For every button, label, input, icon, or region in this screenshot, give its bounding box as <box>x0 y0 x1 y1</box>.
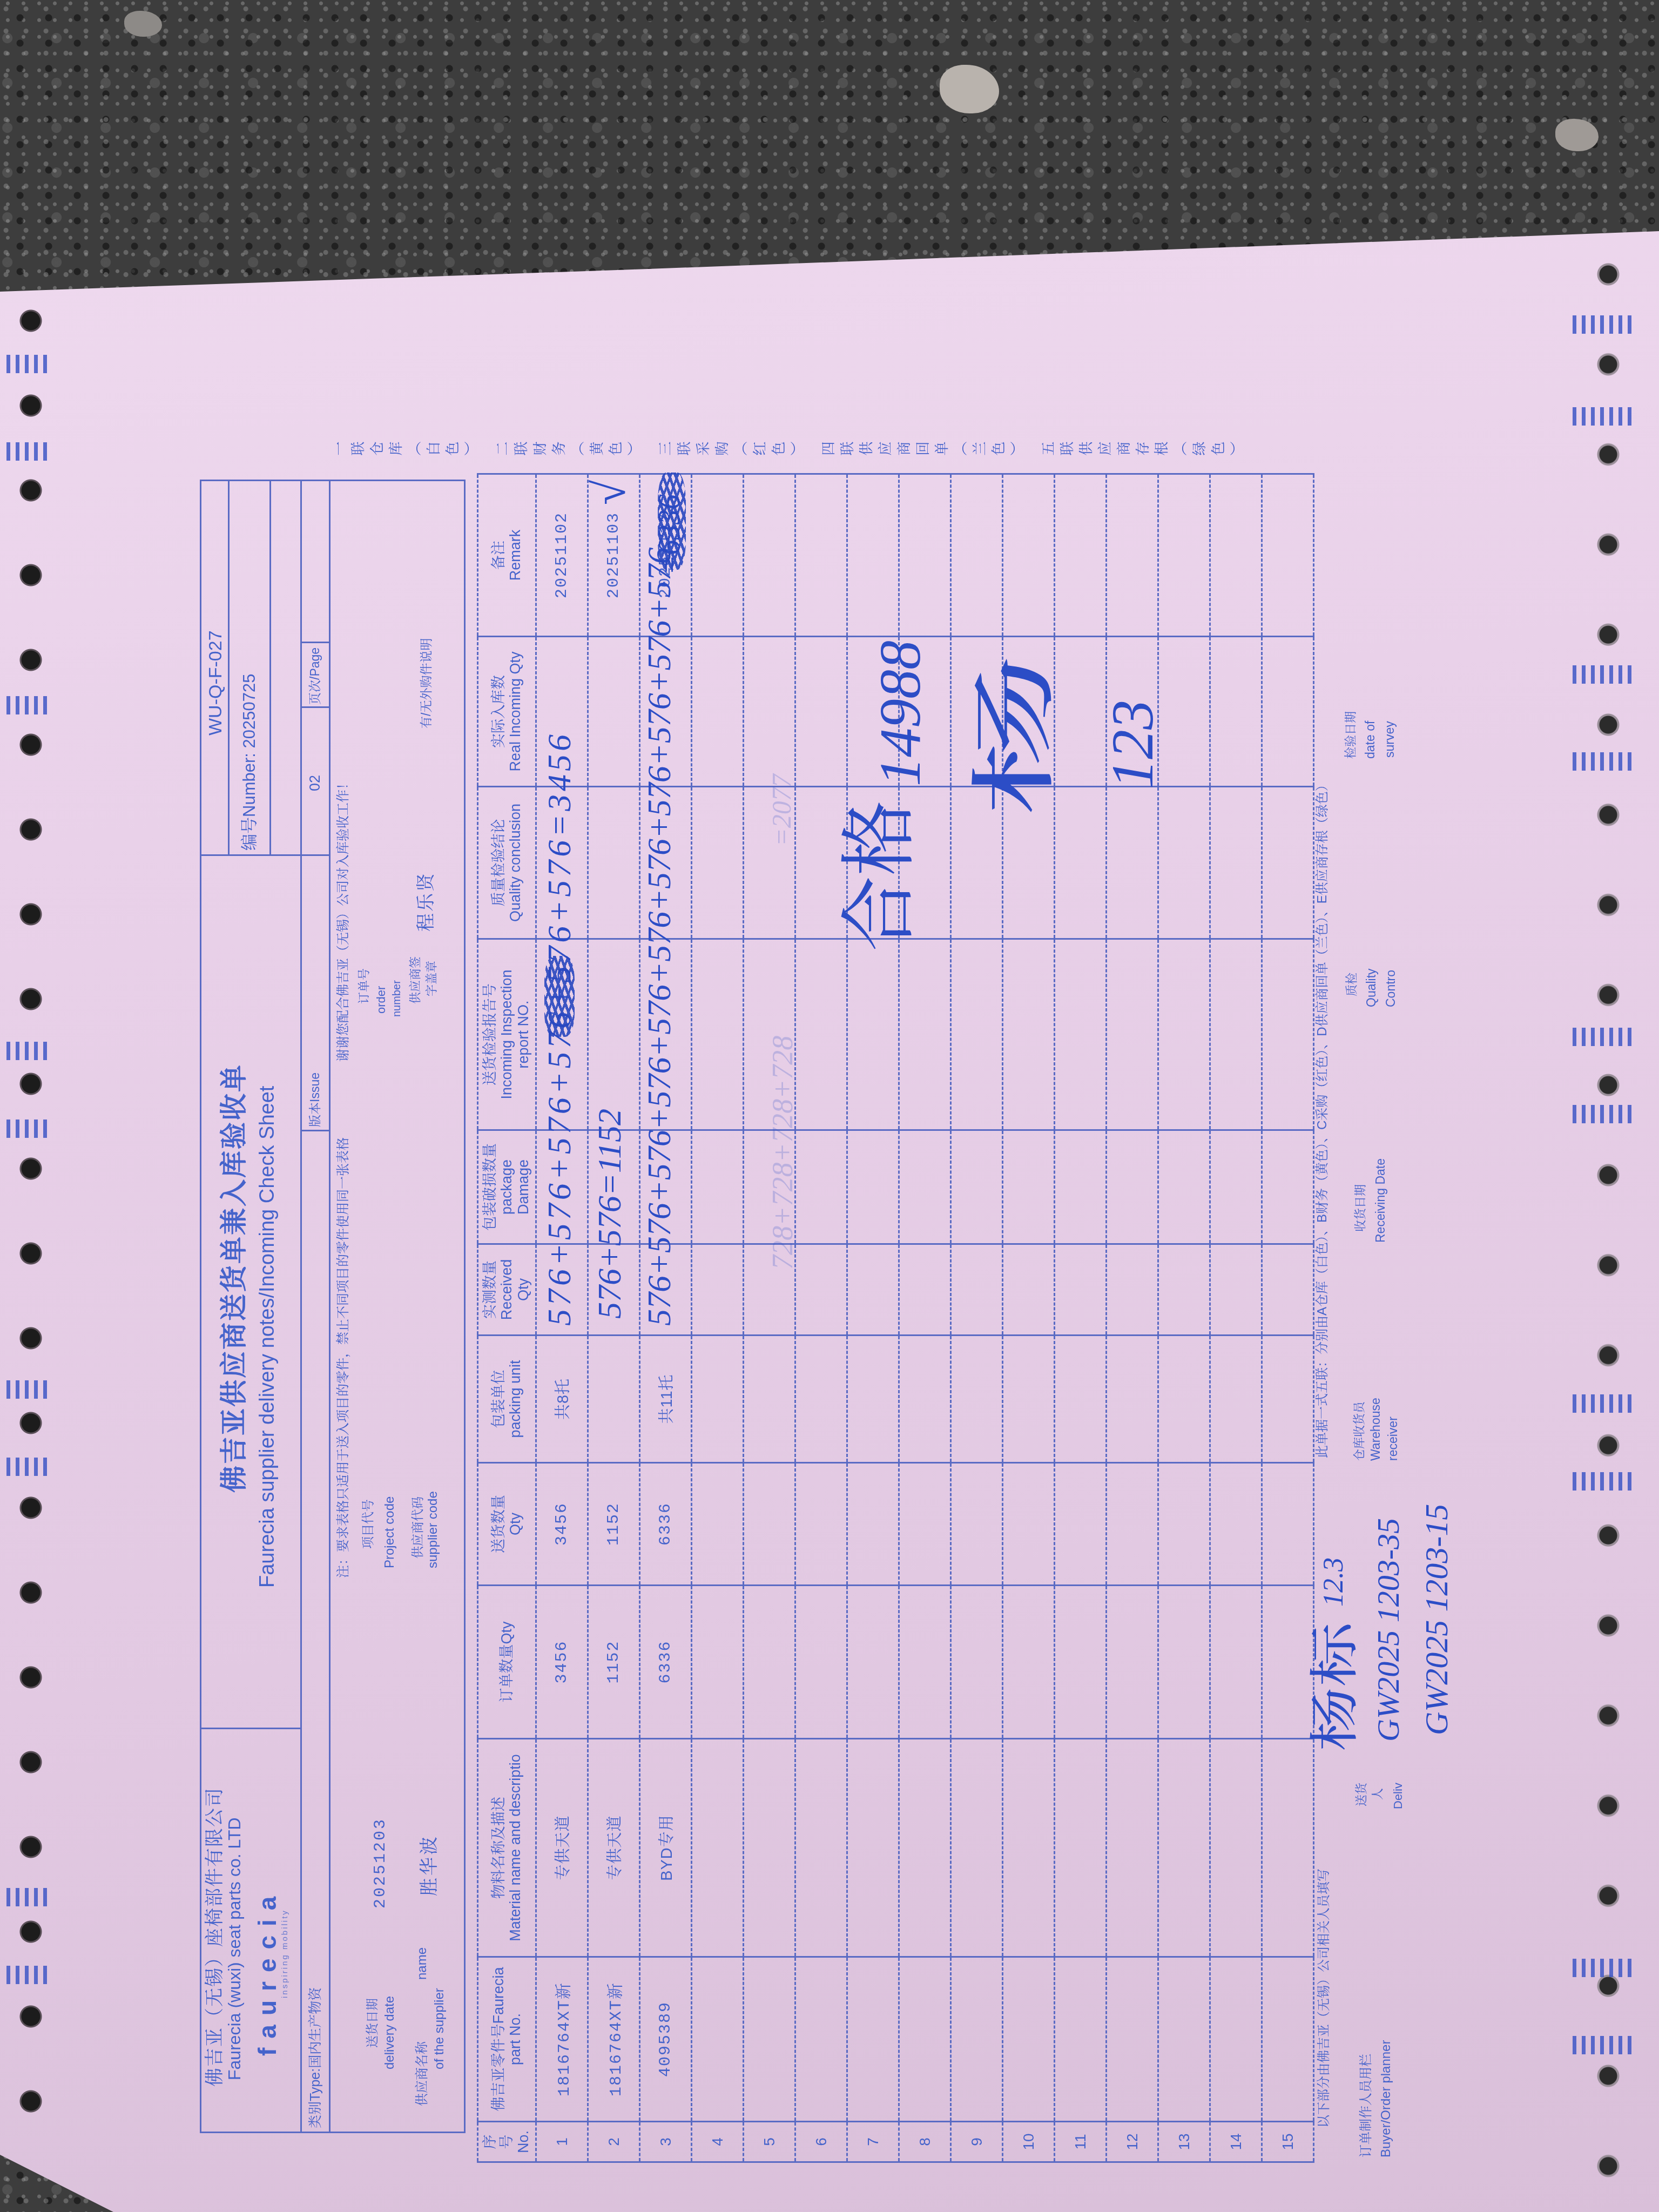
cell-delivery-qty: 6336 <box>640 1463 692 1586</box>
buyer-label-cn: 订单制作人员用栏 <box>1360 2054 1373 2157</box>
header-line: 订单数量Qty <box>498 1586 515 1738</box>
cell-packing-unit <box>692 1336 744 1463</box>
cell-package-damage <box>795 1130 847 1244</box>
quality-control-label-en: Quality <box>1365 968 1378 1007</box>
column-header-order-qty: 订单数量Qty <box>478 1586 536 1739</box>
header-line: Remark <box>507 475 524 636</box>
delivery-date-label-en: delivery date <box>383 1996 396 2069</box>
delivery-reference-2: GW2025 1203-15 <box>1420 1504 1453 1735</box>
header-line: 备注 <box>490 475 507 636</box>
cell-real-incoming-qty <box>1158 637 1210 787</box>
cell-no: 7 <box>847 2122 899 2162</box>
header-line: 送货检验报告号 <box>482 940 498 1129</box>
supplier-code-label-cn: 供应商代码 <box>412 1496 424 1559</box>
cell-order-qty <box>692 1586 744 1739</box>
cell-delivery-qty: 1152 <box>588 1463 640 1586</box>
company-name-en: Faurecia (wuxi) seat parts co. LTD <box>226 1817 243 2080</box>
cell-remark <box>795 474 847 637</box>
header-line: report NO. <box>515 940 532 1129</box>
cell-remark: 20251102 <box>536 474 588 637</box>
cell-quality-conclusion <box>588 787 640 939</box>
header-line: Real Incoming Qty <box>507 637 524 786</box>
cell-packing-unit <box>1003 1336 1055 1463</box>
header-divider <box>301 642 330 643</box>
cell-material <box>1055 1739 1107 1957</box>
cell-order-qty <box>1158 1586 1210 1739</box>
receiving-date-label-cn: 收货日期 <box>1354 1184 1366 1232</box>
form-code: WU-Q-F-027 <box>206 630 225 736</box>
cell-package-damage <box>1262 1130 1314 1244</box>
cell-packing-unit <box>795 1336 847 1463</box>
company-logo-tagline: inspiring mobility <box>281 1909 289 1998</box>
cell-no: 12 <box>1107 2122 1158 2162</box>
perforation-mark <box>1573 752 1632 771</box>
deliverer-label-cn-2: 人 <box>1372 1788 1384 1800</box>
cell-delivery-qty: 3456 <box>536 1463 588 1586</box>
delivery-reference-1: GW2025 1203-35 <box>1373 1518 1404 1742</box>
header-divider <box>329 480 331 2133</box>
header-line: part No. <box>507 1958 524 2121</box>
cell-inspection-report <box>795 939 847 1130</box>
cell-real-incoming-qty <box>1262 637 1314 787</box>
perforation-mark <box>6 696 52 714</box>
cell-delivery-qty <box>795 1463 847 1586</box>
perforation-mark <box>6 1120 52 1138</box>
cell-no: 14 <box>1210 2122 1262 2162</box>
order-number-label-cn: 订单号 <box>358 968 370 1004</box>
cell-delivery-qty <box>847 1463 899 1586</box>
form-note: 注：要求表格只适用于送入项目的零件，禁止不同项目的零件使用同一张表格 <box>337 1137 350 1578</box>
delivery-note-form: 佛吉亚（无锡）座椅部件有限公司 Faurecia (wuxi) seat par… <box>194 435 1491 2163</box>
cell-real-incoming-qty <box>588 637 640 787</box>
column-header-material: 物料名称及描述Material name and descriptio <box>478 1739 536 1957</box>
warehouse-receiver-label-cn: 仓库收货员 <box>1353 1401 1365 1461</box>
column-header-inspection-report: 送货检验报告号Incoming Inspectionreport NO. <box>478 939 536 1130</box>
tractor-feed-holes-right <box>1595 230 1621 2212</box>
delivery-date-value: 20251203 <box>373 1818 389 1908</box>
cell-remark <box>847 474 899 637</box>
cell-inspection-report <box>588 939 640 1130</box>
cell-part-no <box>1158 1957 1210 2122</box>
cell-remark <box>951 474 1003 637</box>
header-line: 号 <box>498 2122 515 2161</box>
supplier-signature-value: 程乐贤 <box>417 872 435 932</box>
cell-order-qty <box>1055 1586 1107 1739</box>
cell-no: 11 <box>1055 2122 1107 2162</box>
cell-real-incoming-qty <box>744 637 795 787</box>
cell-material <box>1003 1739 1055 1957</box>
document-number-value: 20250725 <box>240 674 259 748</box>
cell-part-no: 1816764XT新 <box>536 1957 588 2122</box>
cell-order-qty <box>1003 1586 1055 1739</box>
handwritten-row2-calculation: 576+576=1152 <box>593 1109 626 1319</box>
handwritten-row3-calculation: 576+576+576+576+576+576+576+576+576+576+… <box>643 548 676 1326</box>
cell-packing-unit <box>951 1336 1003 1463</box>
supplier-code-label-en: supplier code <box>427 1491 440 1568</box>
header-line: Incoming Inspection <box>498 940 515 1129</box>
cell-part-no <box>1262 1957 1314 2122</box>
header-line: Quality conclusion <box>507 787 524 938</box>
survey-date-label-cn: 检验日期 <box>1345 711 1357 759</box>
cell-packing-unit <box>899 1336 951 1463</box>
cell-material <box>899 1739 951 1957</box>
cell-order-qty <box>899 1586 951 1739</box>
footer-copies-note: 此单据一式五联：分别由A仓库（白色）、B财务（黄色）、C采购（红色）、D供应商回… <box>1316 778 1329 1458</box>
footer-internal-note: 以下部分由佛吉亚（无锡）公司相关人员填写 <box>1318 1869 1331 2128</box>
cell-quality-conclusion <box>1262 787 1314 939</box>
perforation-mark <box>6 1458 52 1476</box>
cell-package-damage <box>692 1130 744 1244</box>
cell-inspection-report <box>1003 939 1055 1130</box>
deliverer-label-en: Deliv <box>1392 1783 1404 1809</box>
column-header-delivery-qty: 送货数量Qty <box>478 1463 536 1586</box>
perforation-mark <box>1573 1959 1632 1977</box>
cell-part-no <box>1003 1957 1055 2122</box>
header-line: Qty <box>507 1464 524 1584</box>
cell-quality-conclusion <box>692 787 744 939</box>
cell-packing-unit <box>1262 1336 1314 1463</box>
crossed-out-scribble <box>544 956 575 1037</box>
cell-packing-unit <box>847 1336 899 1463</box>
cell-order-qty <box>951 1586 1003 1739</box>
cell-no: 5 <box>744 2122 795 2162</box>
cell-part-no: 4095389 <box>640 1957 692 2122</box>
table-row: 15 <box>1262 474 1314 2162</box>
supplier-name-label-en: name <box>416 1947 429 1980</box>
header-line: 质量检验结论 <box>490 787 507 938</box>
cell-quality-conclusion <box>1210 787 1262 939</box>
header-line: No. <box>515 2122 532 2161</box>
perforation-mark <box>6 1380 52 1399</box>
cell-packing-unit: 共11托 <box>640 1336 692 1463</box>
copies-distribution-margin: 一联仓库（白色） 二联财务（黄色） 三联采购（红色） 四联供应商回单（兰色） 五… <box>332 442 1249 456</box>
table-row: 13 <box>1158 474 1210 2162</box>
cell-package-damage <box>951 1130 1003 1244</box>
cell-material <box>692 1739 744 1957</box>
cell-packing-unit <box>588 1336 640 1463</box>
supplier-name-label-cn: 供应商名称 <box>416 2041 429 2106</box>
supplier-signature-label: 供应商签 <box>409 956 421 1004</box>
cell-no: 8 <box>899 2122 951 2162</box>
cell-package-damage <box>847 1130 899 1244</box>
cell-delivery-qty <box>1158 1463 1210 1586</box>
cell-order-qty <box>1210 1586 1262 1739</box>
handwritten-real-incoming-total: 14988 <box>872 640 930 786</box>
cell-delivery-qty <box>899 1463 951 1586</box>
supplier-name-label-en-2: of the supplier <box>433 1988 446 2069</box>
cell-package-damage <box>1210 1130 1262 1244</box>
cell-package-damage <box>1158 1130 1210 1244</box>
handwritten-mark: 123 <box>1103 700 1162 789</box>
cell-delivery-qty <box>692 1463 744 1586</box>
document-number-label: 编号Number: <box>240 753 259 851</box>
cell-order-qty: 1152 <box>588 1586 640 1739</box>
cell-real-incoming-qty <box>692 637 744 787</box>
perforation-mark <box>1573 315 1632 334</box>
material-type: 类别Type:国内生产物资 <box>309 1987 322 2128</box>
cell-material <box>1262 1739 1314 1957</box>
cell-packing-unit <box>744 1336 795 1463</box>
cell-remark <box>692 474 744 637</box>
cell-received-qty <box>1107 1244 1158 1336</box>
supplier-name-value: 胜华波 <box>420 1835 439 1896</box>
check-mark-icon: √ <box>588 480 633 505</box>
purchased-parts-note: 有/无外购件说明 <box>420 638 433 729</box>
page-title-cn: 佛吉亚供应商送货单兼入库验收单 <box>220 1063 247 1493</box>
cell-inspection-report <box>1210 939 1262 1130</box>
cell-packing-unit <box>1055 1336 1107 1463</box>
cell-received-qty <box>795 1244 847 1336</box>
deliverer-signature: 杨标 <box>1310 1622 1360 1751</box>
cell-no: 1 <box>536 2122 588 2162</box>
perforation-mark <box>6 1042 52 1060</box>
cell-delivery-qty <box>1055 1463 1107 1586</box>
perforation-mark <box>6 355 52 373</box>
cell-inspection-report <box>1055 939 1107 1130</box>
cell-received-qty <box>1055 1244 1107 1336</box>
cell-remark <box>1107 474 1158 637</box>
cell-order-qty <box>744 1586 795 1739</box>
perforation-mark <box>6 442 52 461</box>
cell-order-qty <box>1107 1586 1158 1739</box>
cell-package-damage <box>1107 1130 1158 1244</box>
cell-packing-unit: 共8托 <box>536 1336 588 1463</box>
cell-material: 专供天道 <box>536 1739 588 1957</box>
deliverer-date: 12.3 <box>1320 1557 1348 1607</box>
perforation-mark <box>1573 1028 1632 1046</box>
header-divider <box>269 480 271 856</box>
cell-inspection-report <box>899 939 951 1130</box>
cell-no: 13 <box>1158 2122 1210 2162</box>
perforation-mark <box>1573 2036 1632 2054</box>
header-line: 序 <box>482 2122 498 2161</box>
cell-part-no <box>692 1957 744 2122</box>
cell-order-qty <box>795 1586 847 1739</box>
receiving-date-label-en: Receiving Date <box>1374 1158 1387 1243</box>
cell-remark <box>1003 474 1055 637</box>
cell-delivery-qty <box>951 1463 1003 1586</box>
cell-delivery-qty <box>1003 1463 1055 1586</box>
survey-date-label-en-2: survey <box>1384 721 1396 758</box>
column-header-quality-conclusion: 质量检验结论Quality conclusion <box>478 787 536 939</box>
cell-remark <box>1262 474 1314 637</box>
cell-packing-unit <box>1158 1336 1210 1463</box>
cell-package-damage <box>1055 1130 1107 1244</box>
deliverer-label-cn: 送货 <box>1355 1783 1367 1806</box>
cell-material <box>951 1739 1003 1957</box>
table-row: 14 <box>1210 474 1262 2162</box>
cell-no: 15 <box>1262 2122 1314 2162</box>
cell-received-qty <box>899 1244 951 1336</box>
cell-inspection-report <box>847 939 899 1130</box>
table-row: 5 <box>744 474 795 2162</box>
header-divider <box>301 1130 330 1131</box>
cell-part-no <box>744 1957 795 2122</box>
inspector-signature: 杨 <box>972 652 1058 817</box>
cell-material <box>1210 1739 1262 1957</box>
cell-no: 2 <box>588 2122 640 2162</box>
cell-real-incoming-qty <box>1210 637 1262 787</box>
header-line: Damage <box>515 1131 532 1243</box>
cell-no: 4 <box>692 2122 744 2162</box>
page-title-en: Faurecia supplier delivery notes/Incomin… <box>257 1086 278 1588</box>
header-divider <box>301 706 330 708</box>
header-divider <box>228 480 230 856</box>
cell-inspection-report <box>951 939 1003 1130</box>
issue-value: 02 <box>308 775 322 791</box>
header-line: Qty <box>515 1245 532 1334</box>
header-line: 实际入库数 <box>490 637 507 786</box>
perforation-mark <box>6 1888 52 1906</box>
cell-part-no <box>1210 1957 1262 2122</box>
cell-no: 9 <box>951 2122 1003 2162</box>
supplier-signature-label-2: 字盖章 <box>426 961 437 996</box>
cell-received-qty <box>847 1244 899 1336</box>
cell-remark <box>899 474 951 637</box>
cell-material <box>744 1739 795 1957</box>
cell-part-no <box>951 1957 1003 2122</box>
perforation-mark <box>1573 665 1632 684</box>
header-line: 包装破损数量 <box>482 1131 498 1243</box>
cell-received-qty <box>1210 1244 1262 1336</box>
tractor-feed-holes-left <box>18 279 44 2144</box>
cell-part-no <box>1055 1957 1107 2122</box>
header-line: 物料名称及描述 <box>490 1739 507 1956</box>
cell-order-qty <box>1262 1586 1314 1739</box>
header-line: package <box>498 1131 515 1243</box>
header-divider <box>200 854 330 856</box>
cell-material <box>1107 1739 1158 1957</box>
cell-remark <box>1055 474 1107 637</box>
column-header-real-incoming-qty: 实际入库数Real Incoming Qty <box>478 637 536 787</box>
cell-order-qty <box>847 1586 899 1739</box>
header-line: Material name and descriptio <box>507 1739 524 1956</box>
cell-received-qty <box>951 1244 1003 1336</box>
warehouse-receiver-label-en-2: receiver <box>1387 1417 1399 1461</box>
document-number: 编号Number: 20250725 <box>241 674 258 851</box>
column-header-package-damage: 包装破损数量packageDamage <box>478 1130 536 1244</box>
cell-remark <box>1158 474 1210 637</box>
cell-inspection-report <box>692 939 744 1130</box>
cell-package-damage <box>899 1130 951 1244</box>
header-line: 送货数量 <box>490 1464 507 1584</box>
cell-material <box>1158 1739 1210 1957</box>
table-header-row: 序号No. 佛吉亚零件号Faureciapart No. 物料名称及描述Mate… <box>478 474 536 2162</box>
column-header-part-no: 佛吉亚零件号Faureciapart No. <box>478 1957 536 2122</box>
cell-order-qty: 3456 <box>536 1586 588 1739</box>
cell-delivery-qty <box>1262 1463 1314 1586</box>
cell-inspection-report <box>1262 939 1314 1130</box>
cell-no: 6 <box>795 2122 847 2162</box>
cell-material <box>795 1739 847 1957</box>
cell-delivery-qty <box>1107 1463 1158 1586</box>
cell-package-damage <box>1003 1130 1055 1244</box>
header-line: 实测数量 <box>482 1245 498 1334</box>
crossed-out-scribble <box>658 473 686 570</box>
cell-quality-conclusion <box>1107 787 1158 939</box>
header-divider <box>300 480 302 2133</box>
cell-remark <box>1210 474 1262 637</box>
cell-delivery-qty <box>744 1463 795 1586</box>
cell-order-qty: 6336 <box>640 1586 692 1739</box>
perforation-mark <box>1573 407 1632 426</box>
column-header-remark: 备注Remark <box>478 474 536 637</box>
company-logo: faurecia <box>255 1887 280 2056</box>
cell-part-no: 1816764XT新 <box>588 1957 640 2122</box>
table-row: 4 <box>692 474 744 2162</box>
cell-delivery-qty <box>1210 1463 1262 1586</box>
cell-quality-conclusion <box>1158 787 1210 939</box>
column-header-received-qty: 实测数量ReceivedQty <box>478 1244 536 1336</box>
survey-date-label-en: date of <box>1364 721 1377 759</box>
table-row: 6 <box>795 474 847 2162</box>
delivery-date-label-cn: 送货日期 <box>366 1998 379 2048</box>
bleed-through-result: =2077 <box>768 774 795 846</box>
perforation-mark <box>1573 1472 1632 1491</box>
cell-material: 专供天道 <box>588 1739 640 1957</box>
header-line: Received <box>498 1245 515 1334</box>
company-name-cn: 佛吉亚（无锡）座椅部件有限公司 <box>205 1787 224 2087</box>
cell-part-no <box>899 1957 951 2122</box>
cell-inspection-report <box>1158 939 1210 1130</box>
cell-part-no <box>1107 1957 1158 2122</box>
issue-label: 版本Issue <box>309 1073 321 1127</box>
order-number-label-en: order <box>375 986 387 1014</box>
form-thanks: 谢谢您配合佛吉亚（无锡）公司对入库验收工作！ <box>337 777 350 1062</box>
cell-part-no <box>847 1957 899 2122</box>
cell-inspection-report <box>1107 939 1158 1130</box>
cell-received-qty <box>1158 1244 1210 1336</box>
header-line: 包装单位 <box>490 1336 507 1462</box>
cell-material: BYD专用 <box>640 1739 692 1957</box>
page-label: 页次/Page <box>309 648 321 705</box>
cell-real-incoming-qty <box>795 637 847 787</box>
perforation-mark <box>1573 1105 1632 1123</box>
perforation-mark <box>6 1966 52 1984</box>
header-divider <box>200 1728 301 1729</box>
cell-no: 10 <box>1003 2122 1055 2162</box>
cell-packing-unit <box>1107 1336 1158 1463</box>
header-line: 佛吉亚零件号Faurecia <box>490 1958 507 2121</box>
quality-control-label-en-2: Contro <box>1385 970 1397 1007</box>
cell-received-qty <box>1003 1244 1055 1336</box>
cell-packing-unit <box>1210 1336 1262 1463</box>
quality-control-label-cn: 质检 <box>1346 973 1358 996</box>
bleed-through-calculation: 728+728+728+728 <box>768 1036 797 1270</box>
order-number-label-en-2: number <box>392 980 402 1017</box>
cell-part-no <box>795 1957 847 2122</box>
cell-received-qty <box>1262 1244 1314 1336</box>
warehouse-receiver-label-en: Warehouse <box>1370 1398 1382 1461</box>
column-header-packing-unit: 包装单位packing unit <box>478 1336 536 1463</box>
cell-material <box>847 1739 899 1957</box>
project-code-label-en: Project code <box>383 1496 396 1568</box>
project-code-label-cn: 项目代号 <box>362 1499 374 1549</box>
column-header-no: 序号No. <box>478 2122 536 2162</box>
header-line: packing unit <box>507 1336 524 1462</box>
buyer-label-en: Buyer/Order planner <box>1380 2040 1393 2157</box>
cell-received-qty <box>692 1244 744 1336</box>
handwritten-quality-result: 合格 <box>842 800 918 952</box>
perforation-mark <box>1573 1394 1632 1413</box>
cell-remark <box>744 474 795 637</box>
cell-no: 3 <box>640 2122 692 2162</box>
